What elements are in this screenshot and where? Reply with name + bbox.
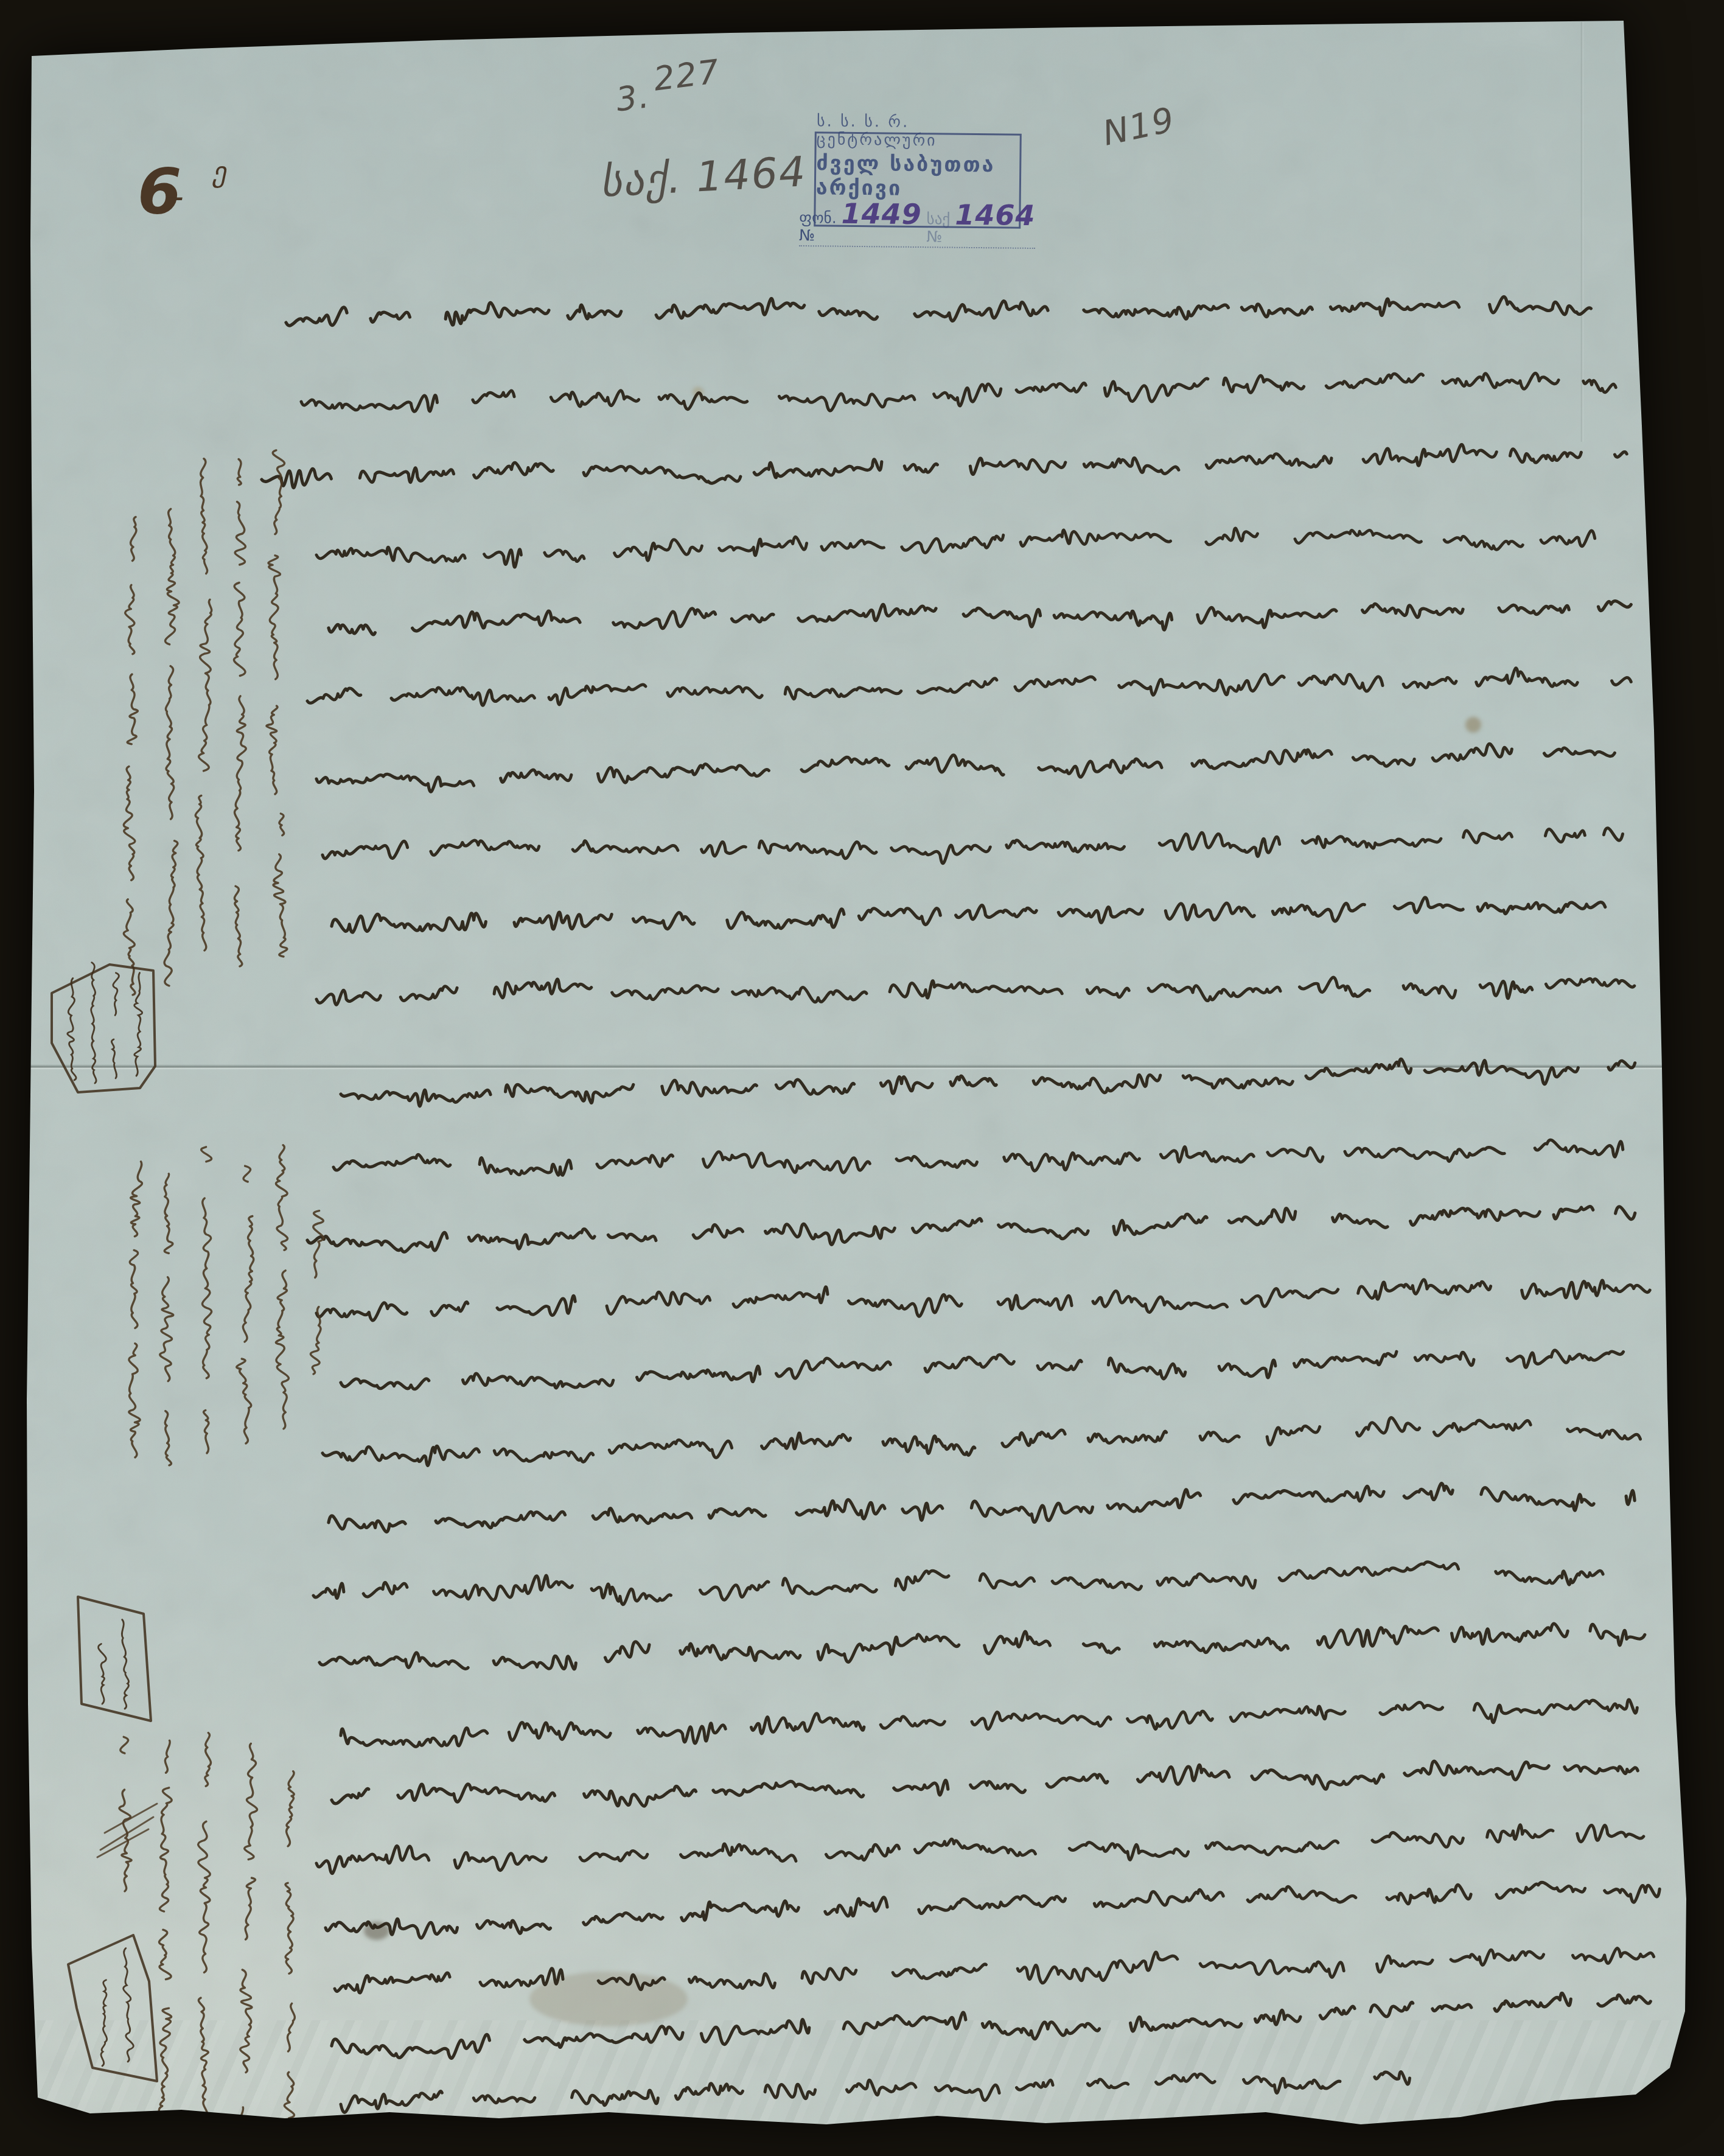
handwriting-line — [333, 1133, 1644, 1183]
handwriting-line — [332, 892, 1638, 939]
handwriting-line — [316, 1272, 1665, 1327]
scratch-stroke — [105, 1804, 157, 1833]
margin-note-line — [195, 432, 212, 951]
margin-note-line — [164, 478, 179, 986]
seal-note-line — [98, 1614, 106, 1704]
scan-background: ს. ს. ს. რ. ცენტრალური ძველ საბუთთა არქი… — [0, 0, 1724, 2156]
handwriting-line — [329, 591, 1660, 644]
paper-sheet: ს. ს. ს. რ. ცენტრალური ძველ საბუთთა არქი… — [0, 0, 1724, 2156]
handwriting-line — [316, 523, 1611, 570]
scratch-stroke — [100, 1817, 153, 1850]
handwriting-line — [325, 1875, 1682, 1941]
handwriting-line — [341, 1053, 1656, 1109]
archival-number-small: 3. — [614, 77, 652, 119]
handwriting-line — [323, 822, 1659, 873]
handwriting-line — [313, 1555, 1632, 1611]
handwriting-line — [286, 285, 1610, 335]
side-fold-crease — [1580, 22, 1584, 442]
stain-mark — [529, 1972, 688, 2026]
margin-note-line — [234, 442, 246, 966]
margin-note-line — [267, 426, 285, 794]
stamp-archive-line: ძველ საბუთთა არქივი — [816, 151, 1020, 201]
folio-dash: – — [164, 174, 185, 219]
margin-note-line — [276, 1131, 288, 1429]
stamp-case-number: 1464 — [955, 203, 1035, 226]
stamp-fond-label: ფონ. № — [799, 208, 837, 244]
handwriting-line — [301, 370, 1639, 419]
handwriting-line — [341, 1341, 1660, 1397]
stain-dot-small — [693, 387, 703, 397]
seal-outline — [78, 1597, 151, 1721]
handwriting-line — [307, 1201, 1653, 1255]
handwriting-line — [331, 1751, 1672, 1815]
margin-note-line — [119, 1718, 131, 1892]
scratch-stroke — [97, 1829, 148, 1857]
folio-suffix: ე — [212, 155, 227, 188]
margin-note-line — [129, 1140, 142, 1458]
handwriting-line — [307, 666, 1659, 709]
seal-note-line — [134, 948, 142, 1076]
fold-crease — [0, 1064, 1724, 1070]
handwriting-line — [316, 964, 1649, 1015]
margin-note-line — [201, 1132, 212, 1453]
stain-dot — [1465, 717, 1481, 733]
manuscript-page: ს. ს. ს. რ. ცენტრალური ძველ საბუთთა არქი… — [0, 0, 1724, 2156]
handwriting-line — [323, 1413, 1662, 1467]
archival-number-large: 227 — [652, 52, 722, 99]
stamp-fond-number: 1449 — [842, 202, 922, 225]
seal-note-line — [111, 942, 119, 1078]
handwriting-line — [316, 1817, 1678, 1879]
folio-number: 6–ე — [138, 159, 219, 223]
seal-outline — [52, 965, 155, 1092]
paper-texture — [0, 0, 1724, 2156]
margin-note-line — [160, 1139, 173, 1465]
stamp-institution-line: ს. ს. ს. რ. ცენტრალური — [817, 112, 1021, 150]
archive-stamp: ს. ს. ს. რ. ცენტრალური ძველ საბუთთა არქი… — [814, 131, 1022, 229]
seal-note-line — [122, 1590, 128, 1709]
bottom-crumple-texture — [37, 2020, 1680, 2124]
handwriting-line — [316, 741, 1638, 794]
margin-note-line — [273, 789, 287, 957]
stamp-numbers-line: ფონ. № 1449 საქ № 1464 — [799, 201, 1036, 248]
page-number: N19 — [1100, 100, 1179, 153]
handwriting-line — [262, 441, 1651, 491]
seal-note-line — [91, 936, 96, 1083]
seal-note-line — [68, 961, 76, 1081]
ink-spot — [364, 1922, 389, 1940]
margin-note-line — [237, 1132, 254, 1443]
archival-number-top: 3.227 — [614, 68, 724, 119]
stamp-case-label: საქ № — [926, 210, 950, 245]
handwriting-line — [328, 1478, 1664, 1538]
margin-note-line — [310, 1173, 323, 1374]
inventory-note: საქ. 1464 — [599, 148, 808, 207]
margin-note-line — [124, 493, 138, 995]
handwriting-line — [341, 1696, 1656, 1751]
handwriting-layer — [0, 0, 1724, 2156]
handwriting-line — [319, 1616, 1672, 1677]
